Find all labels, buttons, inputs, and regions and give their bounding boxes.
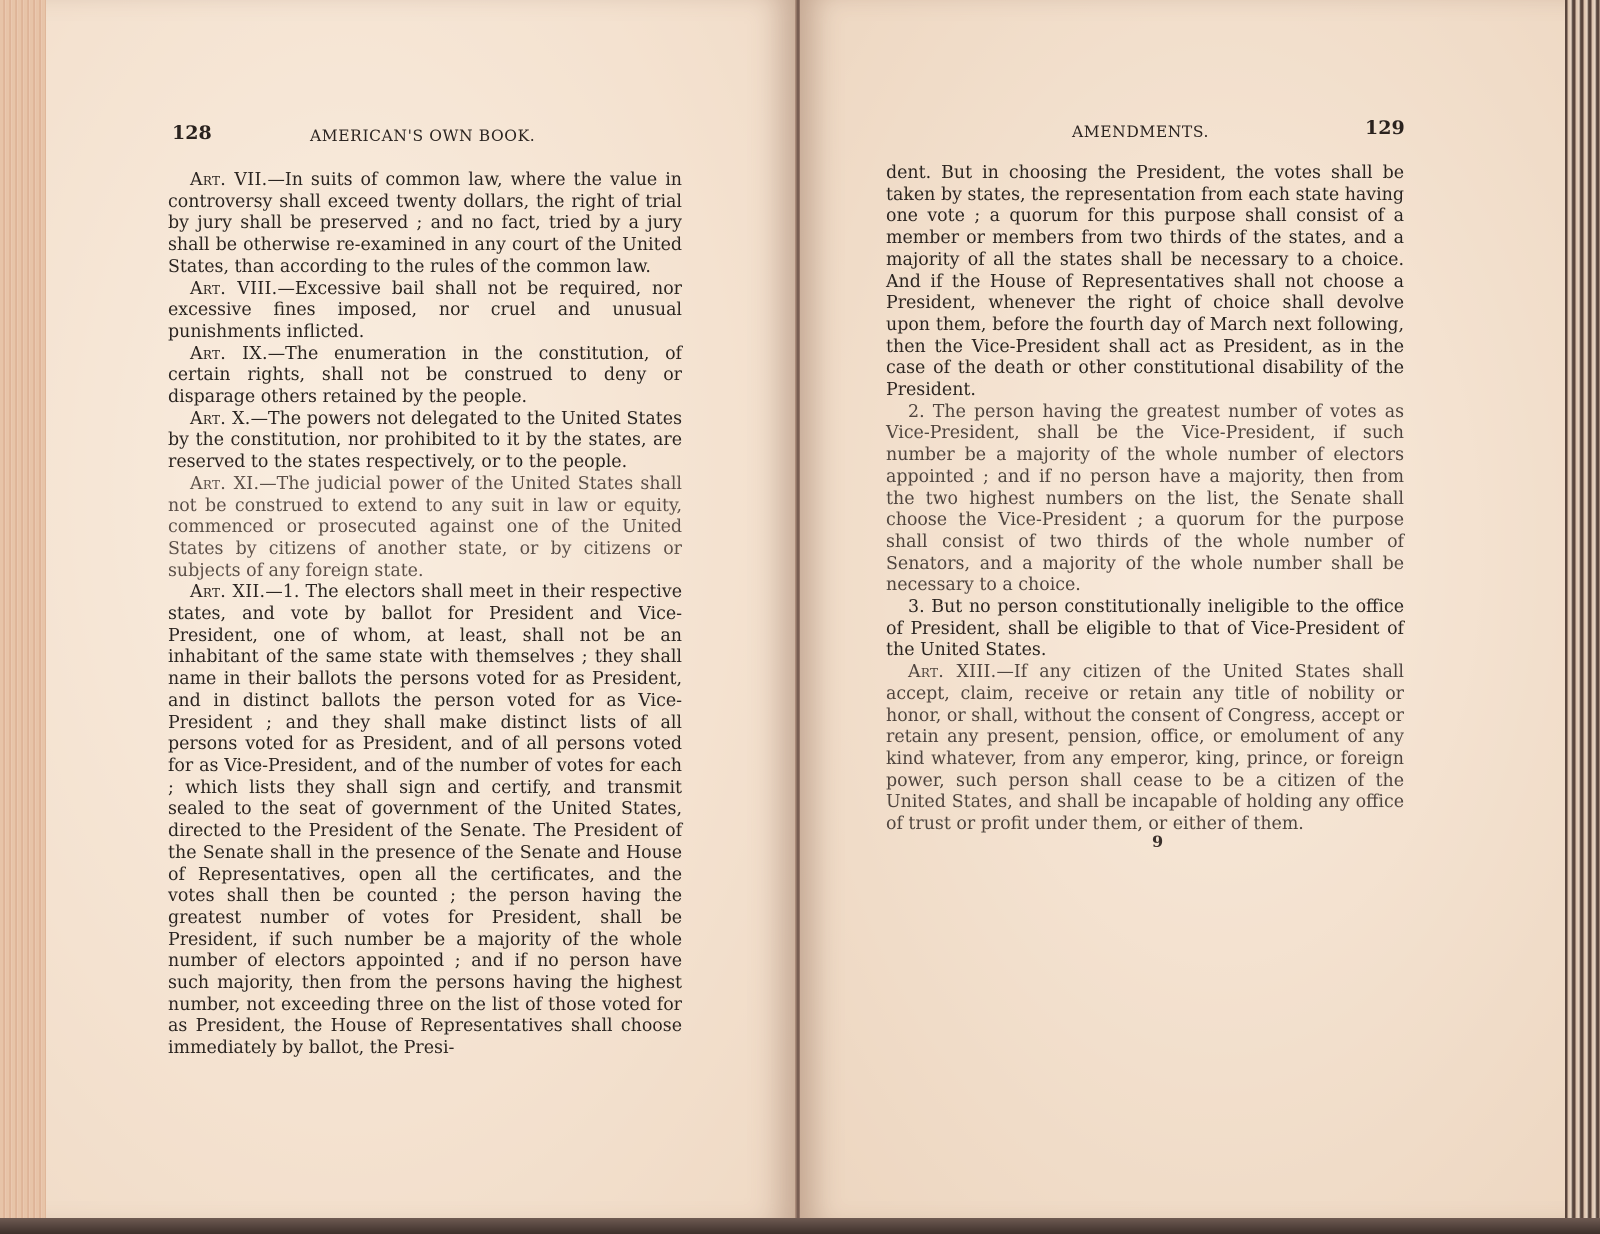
article-paragraph: Art. XII.—1. The electors shall meet in … — [168, 582, 682, 1059]
article-text: —If any citizen of the United States sha… — [886, 662, 1404, 834]
left-page-text: Art. VII.—In suits of common law, where … — [168, 170, 682, 1060]
open-book: 128 AMERICAN'S OWN BOOK. Art. VII.—In su… — [0, 0, 1600, 1234]
right-page-edges — [1565, 0, 1600, 1222]
article-text: But no person constitutionally ineligibl… — [886, 597, 1404, 660]
article-label: Art. VIII. — [190, 279, 277, 299]
clause-number: 3. — [908, 597, 925, 617]
article-label: Art. XIII. — [908, 662, 997, 682]
article-text: The person having the greatest number of… — [886, 402, 1404, 596]
page-number: 129 — [1365, 117, 1405, 139]
running-head: AMENDMENTS. — [1072, 123, 1209, 141]
article-paragraph: Art. XIII.—If any citizen of the United … — [886, 662, 1404, 836]
right-page-text: dent. But in choosing the President, the… — [886, 163, 1404, 836]
article-paragraph: 3. But no person constitutionally inelig… — [886, 597, 1404, 662]
article-label: Art. VII. — [190, 170, 267, 190]
article-paragraph: dent. But in choosing the President, the… — [886, 163, 1404, 402]
article-paragraph: Art. X.—The powers not delegated to the … — [168, 409, 682, 474]
left-page-edges — [0, 0, 46, 1222]
article-label: Art. IX. — [190, 344, 268, 364]
article-label: Art. X. — [190, 409, 251, 429]
article-paragraph: Art. XI.—The judicial power of the Unite… — [168, 474, 682, 583]
right-page: AMENDMENTS. 129 dent. But in choosing th… — [800, 0, 1565, 1222]
article-text: —1. The electors shall meet in their res… — [168, 582, 682, 1058]
running-head: AMERICAN'S OWN BOOK. — [310, 127, 535, 145]
signature-mark: 9 — [1152, 832, 1163, 851]
page-number: 128 — [172, 122, 212, 144]
article-label: Art. XI. — [190, 474, 259, 494]
article-paragraph: Art. VII.—In suits of common law, where … — [168, 170, 682, 279]
article-text: dent. But in choosing the President, the… — [886, 163, 1404, 400]
book-bottom-edge — [0, 1218, 1600, 1234]
article-paragraph: Art. IX.—The enumeration in the constitu… — [168, 344, 682, 409]
clause-number: 2. — [908, 402, 925, 422]
left-page: 128 AMERICAN'S OWN BOOK. Art. VII.—In su… — [46, 0, 796, 1222]
article-paragraph: Art. VIII.—Excessive bail shall not be r… — [168, 279, 682, 344]
article-label: Art. XII. — [190, 582, 265, 602]
article-paragraph: 2. The person having the greatest number… — [886, 402, 1404, 597]
